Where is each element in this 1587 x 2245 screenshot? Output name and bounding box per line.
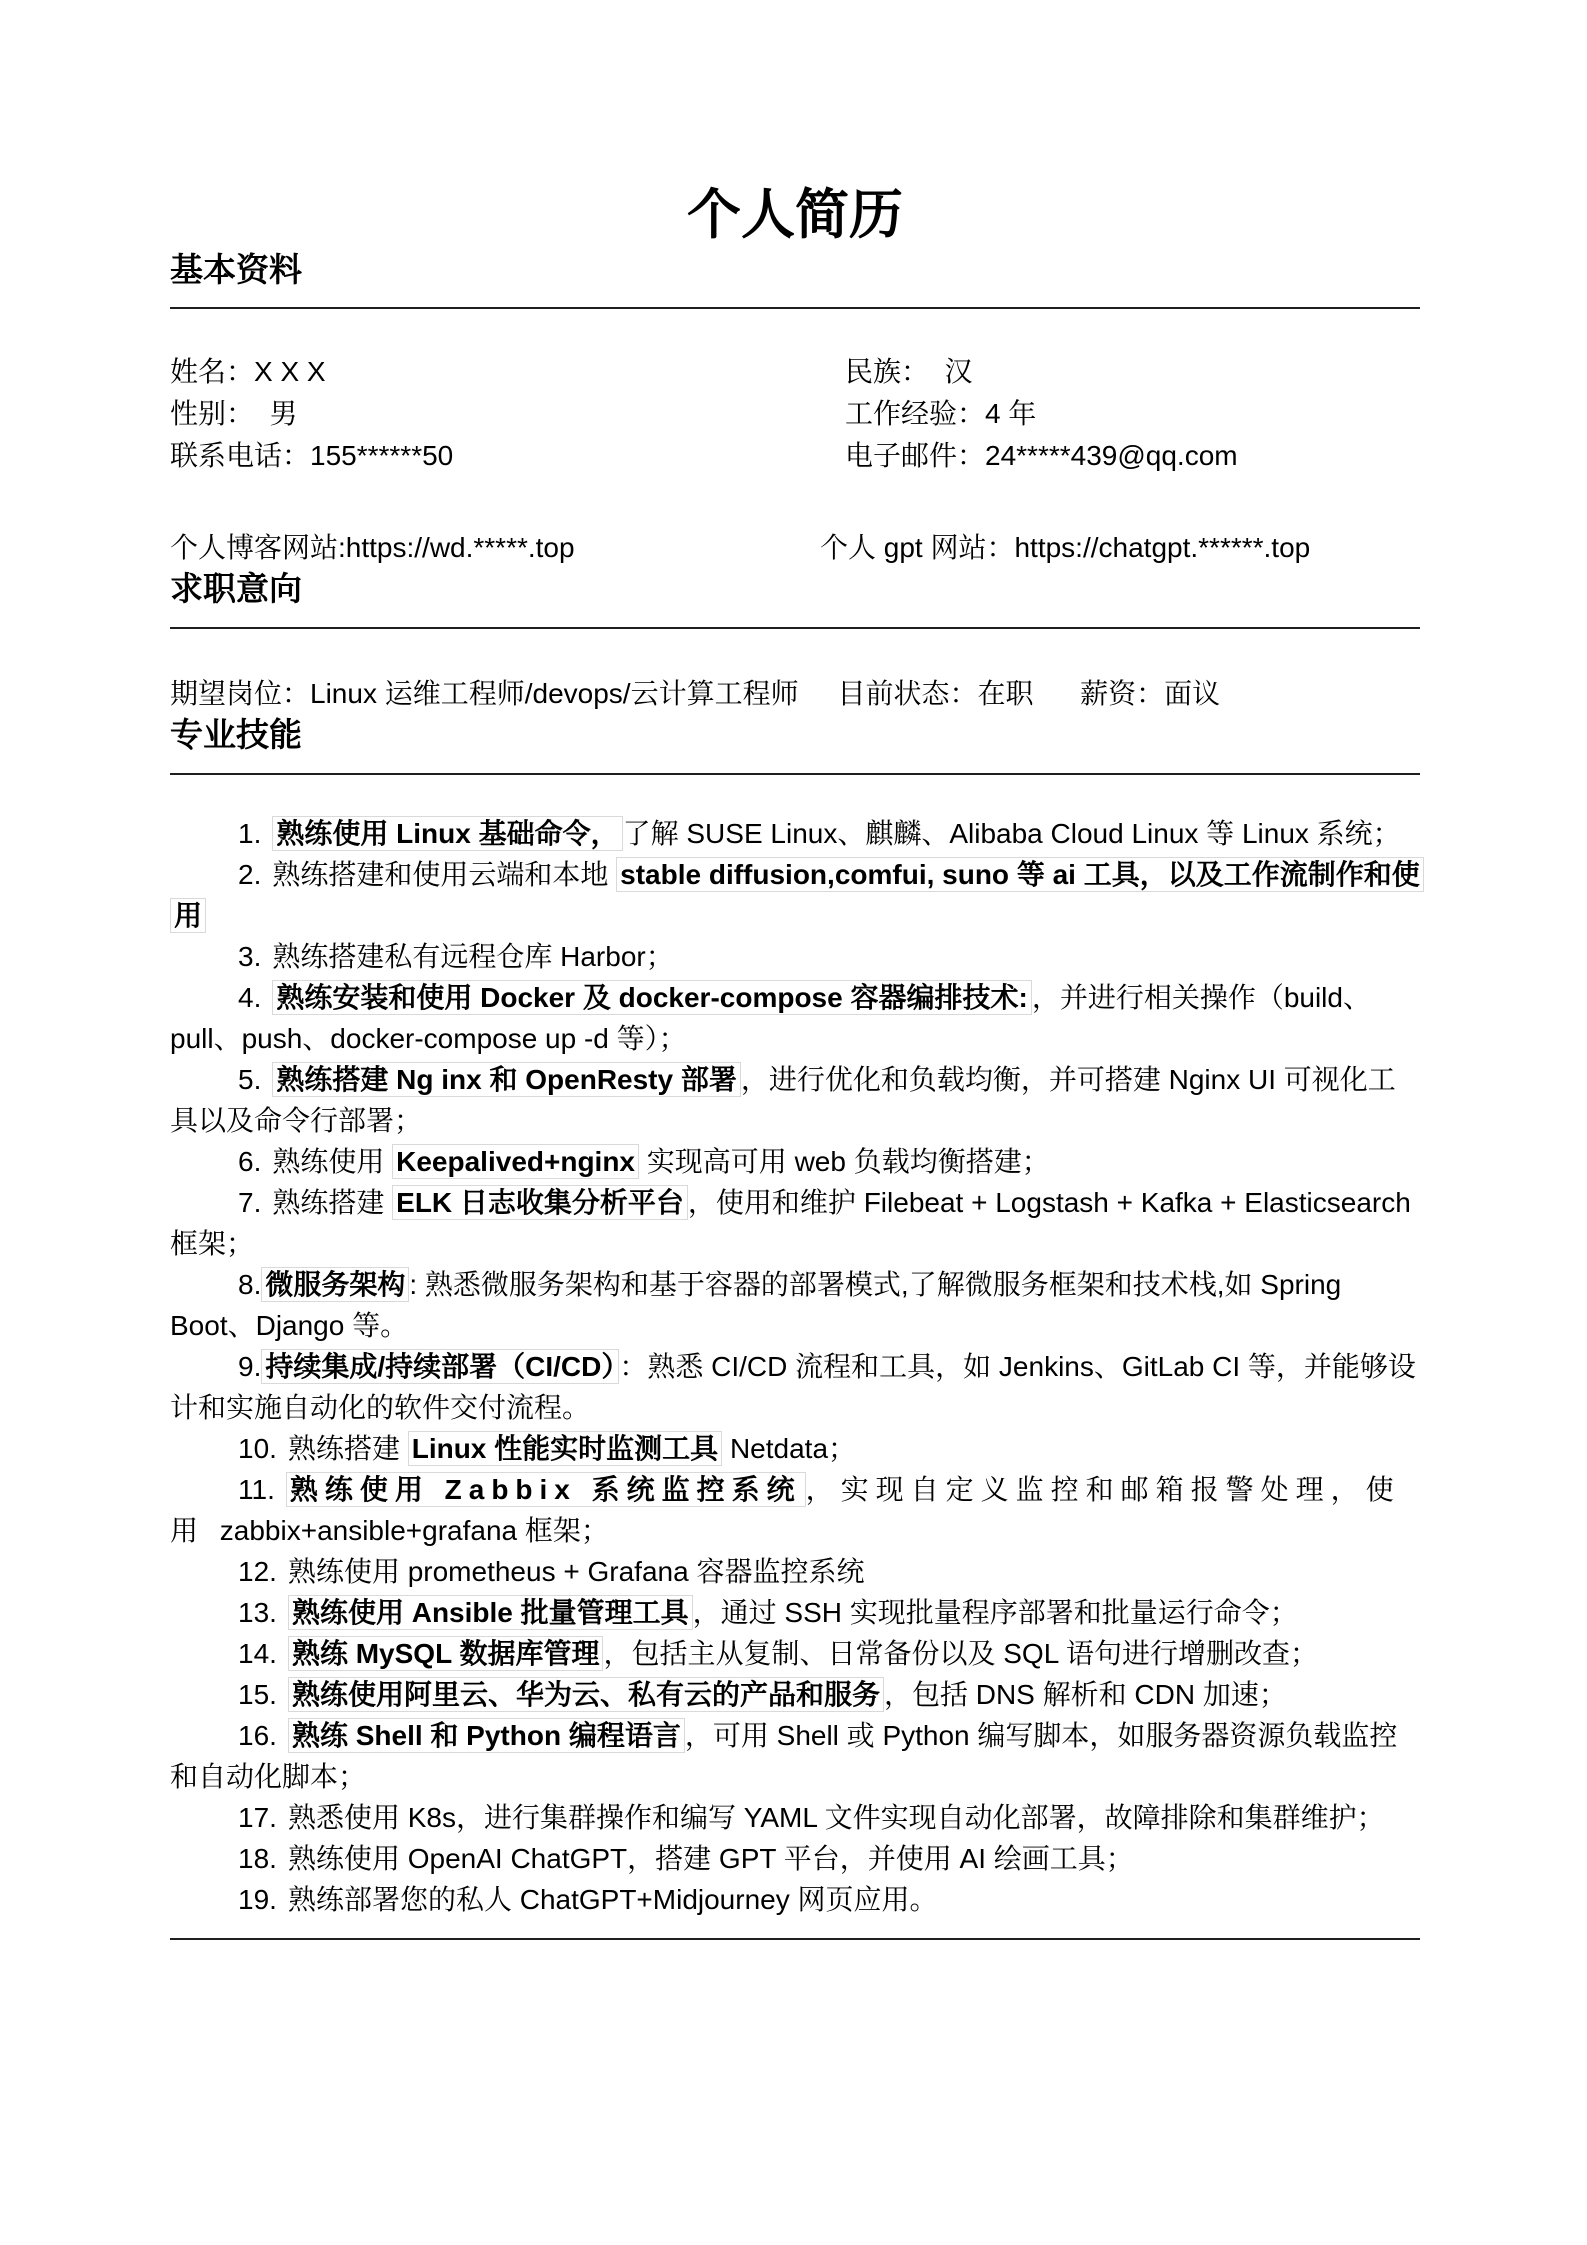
skill-text-segment: 熟练使用 Zabbix 系统监控系统 — [286, 1472, 806, 1507]
skill-item: 3.熟练搭建私有远程仓库 Harbor； — [170, 936, 1420, 977]
section-heading-basic-info: 基本资料 — [170, 250, 1420, 293]
skill-text-segment: 熟练搭建和使用云端和本地 — [272, 859, 616, 890]
skill-text-segment: 熟练使用 OpenAI ChatGPT，搭建 GPT 平台，并使用 AI 绘画工… — [288, 1843, 1134, 1874]
skill-text-segment: 熟练使用 Ansible 批量管理工具 — [288, 1595, 693, 1630]
basic-info-row: 性别： 男 工作经验：4 年 — [170, 393, 1420, 435]
skill-item: 4.熟练安装和使用 Docker 及 docker-compose 容器编排技术… — [170, 977, 1420, 1059]
skill-text-segment: 熟练安装和使用 Docker 及 docker-compose 容器编排技术: — [272, 980, 1031, 1015]
skill-number: 17. — [238, 1802, 277, 1833]
skill-item: 1.熟练使用 Linux 基础命令，了解 SUSE Linux、麒麟、Aliba… — [170, 813, 1420, 854]
skill-text-segment: Linux 性能实时监测工具 — [408, 1431, 722, 1466]
skill-number: 6. — [238, 1146, 261, 1177]
skill-item: 12.熟练使用 prometheus + Grafana 容器监控系统 — [170, 1551, 1420, 1592]
section-heading-job-intention: 求职意向 — [170, 569, 1420, 612]
skill-number: 7. — [238, 1187, 261, 1218]
skill-item: 13.熟练使用 Ansible 批量管理工具，通过 SSH 实现批量程序部署和批… — [170, 1592, 1420, 1633]
skill-text-segment: 了解 SUSE Linux、麒麟、Alibaba Cloud Linux 等 L… — [623, 818, 1401, 849]
skill-item: 15.熟练使用阿里云、华为云、私有云的产品和服务，包括 DNS 解析和 CDN … — [170, 1674, 1420, 1715]
divider — [170, 307, 1420, 309]
skill-item: 18.熟练使用 OpenAI ChatGPT，搭建 GPT 平台，并使用 AI … — [170, 1838, 1420, 1879]
skill-text-segment: ，包括 DNS 解析和 CDN 加速； — [884, 1679, 1287, 1710]
skills-list: 1.熟练使用 Linux 基础命令，了解 SUSE Linux、麒麟、Aliba… — [170, 813, 1420, 1920]
blog-site-url: 个人博客网站:https://wd.*****.top — [170, 527, 820, 569]
skill-number: 8. — [238, 1269, 261, 1300]
gpt-site-url: 个人 gpt 网站：https://chatgpt.******.top — [820, 527, 1420, 569]
skill-number: 5. — [238, 1064, 261, 1095]
skill-text-segment: ，通过 SSH 实现批量程序部署和批量运行命令； — [693, 1597, 1298, 1628]
skill-text-segment: 熟练使用阿里云、华为云、私有云的产品和服务 — [288, 1677, 884, 1712]
basic-info-table: 姓名：X X X 民族： 汉 性别： 男 工作经验：4 年 联系电话：155**… — [170, 351, 1420, 477]
skill-text-segment: 熟练部署您的私人 ChatGPT+Midjourney 网页应用。 — [288, 1884, 938, 1915]
skill-item: 19.熟练部署您的私人 ChatGPT+Midjourney 网页应用。 — [170, 1879, 1420, 1920]
skill-number: 3. — [238, 941, 261, 972]
skill-text-segment: 熟练 Shell 和 Python 编程语言 — [288, 1718, 685, 1753]
job-intention-line: 期望岗位：Linux 运维工程师/devops/云计算工程师 目前状态：在职 薪… — [170, 673, 1420, 715]
skill-number: 15. — [238, 1679, 277, 1710]
skill-text-segment: 熟练使用 — [272, 1146, 392, 1177]
skill-item: 2.熟练搭建和使用云端和本地 stable diffusion,comfui, … — [170, 854, 1420, 936]
divider — [170, 627, 1420, 629]
skill-text-segment: Keepalived+nginx — [392, 1144, 639, 1179]
skill-text-segment: 持续集成/持续部署（CI/CD） — [261, 1349, 619, 1384]
websites-row: 个人博客网站:https://wd.*****.top 个人 gpt 网站：ht… — [170, 527, 1420, 569]
skill-text-segment: zabbix+ansible+grafana 框架； — [220, 1515, 609, 1546]
skill-item: 11.熟练使用 Zabbix 系统监控系统，实现自定义监控和邮箱报警处理，使用 … — [170, 1469, 1420, 1551]
basic-info-row: 联系电话：155******50 电子邮件：24*****439@qq.com — [170, 435, 1420, 477]
page-title: 个人简历 — [170, 182, 1420, 250]
skill-text-segment: 熟练搭建 — [272, 1187, 392, 1218]
skill-number: 1. — [238, 818, 261, 849]
skill-number: 4. — [238, 982, 261, 1013]
field-name: 姓名：X X X — [170, 351, 845, 393]
basic-info-row: 姓名：X X X 民族： 汉 — [170, 351, 1420, 393]
skill-number: 12. — [238, 1556, 277, 1587]
skill-item: 5.熟练搭建 Ng inx 和 OpenResty 部署，进行优化和负载均衡，并… — [170, 1059, 1420, 1141]
field-experience: 工作经验：4 年 — [845, 393, 1420, 435]
skill-text-segment: 熟练 MySQL 数据库管理 — [288, 1636, 604, 1671]
skill-number: 10. — [238, 1433, 277, 1464]
resume-page: 个人简历 基本资料 姓名：X X X 民族： 汉 性别： 男 工作经验：4 年 … — [0, 0, 1587, 2245]
divider — [170, 773, 1420, 775]
field-gender: 性别： 男 — [170, 393, 845, 435]
skill-number: 13. — [238, 1597, 277, 1628]
skill-text-segment: 微服务架构 — [261, 1267, 409, 1302]
field-email: 电子邮件：24*****439@qq.com — [845, 435, 1420, 477]
skill-text-segment: ELK 日志收集分析平台 — [392, 1185, 688, 1220]
skill-item: 17.熟悉使用 K8s，进行集群操作和编写 YAML 文件实现自动化部署，故障排… — [170, 1797, 1420, 1838]
skill-text-segment: 熟练搭建 Ng inx 和 OpenResty 部署 — [272, 1062, 741, 1097]
skill-number: 14. — [238, 1638, 277, 1669]
skill-item: 6.熟练使用 Keepalived+nginx 实现高可用 web 负载均衡搭建… — [170, 1141, 1420, 1182]
skill-number: 18. — [238, 1843, 277, 1874]
skill-text-segment: Netdata； — [722, 1433, 856, 1464]
skill-text-segment: 熟悉使用 K8s，进行集群操作和编写 YAML 文件实现自动化部署，故障排除和集… — [288, 1802, 1385, 1833]
field-phone: 联系电话：155******50 — [170, 435, 845, 477]
skill-text-segment: 熟练搭建私有远程仓库 Harbor； — [272, 941, 673, 972]
skill-number: 9. — [238, 1351, 261, 1382]
skill-text-segment: 实现高可用 web 负载均衡搭建； — [639, 1146, 1050, 1177]
skill-text-segment: 熟练使用 prometheus + Grafana 容器监控系统 — [288, 1556, 865, 1587]
skill-text-segment: 熟练使用 Linux 基础命令， — [272, 816, 622, 851]
skill-item: 8.微服务架构: 熟悉微服务架构和基于容器的部署模式,了解微服务框架和技术栈,如… — [170, 1264, 1420, 1346]
skill-text-segment: ，包括主从复制、日常备份以及 SQL 语句进行增删改查； — [603, 1638, 1318, 1669]
skill-item: 7.熟练搭建 ELK 日志收集分析平台，使用和维护 Filebeat + Log… — [170, 1182, 1420, 1264]
skill-number: 16. — [238, 1720, 277, 1751]
skill-number: 2. — [238, 859, 261, 890]
section-heading-skills: 专业技能 — [170, 715, 1420, 758]
resume-content: 个人简历 基本资料 姓名：X X X 民族： 汉 性别： 男 工作经验：4 年 … — [0, 182, 1587, 1940]
skill-item: 9.持续集成/持续部署（CI/CD）：熟悉 CI/CD 流程和工具，如 Jenk… — [170, 1346, 1420, 1428]
skill-text-segment: 熟练搭建 — [288, 1433, 408, 1464]
divider — [170, 1938, 1420, 1940]
skill-number: 19. — [238, 1884, 277, 1915]
field-ethnicity: 民族： 汉 — [845, 351, 1420, 393]
skill-number: 11. — [238, 1474, 275, 1505]
skill-item: 14.熟练 MySQL 数据库管理，包括主从复制、日常备份以及 SQL 语句进行… — [170, 1633, 1420, 1674]
skill-item: 16.熟练 Shell 和 Python 编程语言，可用 Shell 或 Pyt… — [170, 1715, 1420, 1797]
skill-item: 10.熟练搭建 Linux 性能实时监测工具 Netdata； — [170, 1428, 1420, 1469]
